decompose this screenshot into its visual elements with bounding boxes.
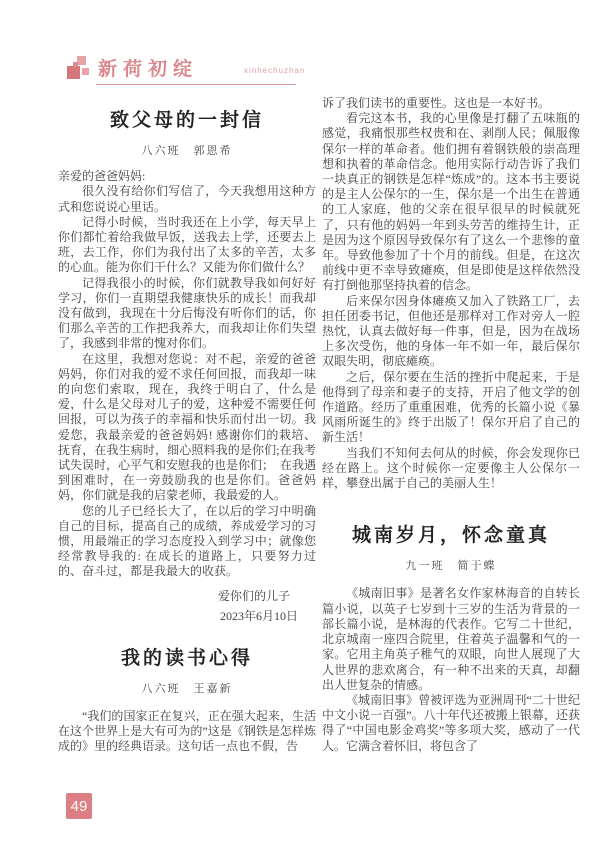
logo-square-icon <box>77 56 86 65</box>
brand-logo-icon <box>66 56 92 84</box>
article2-paragraph: “我们的国家正在复兴，正在强大起来，生活在这个世界上是大有可为的”这是《钢铁是怎… <box>58 709 316 755</box>
article1-greeting: 亲爱的爸爸妈妈: <box>58 169 316 184</box>
article2-continuation-paragraph: 后来保尔因身体瘫痪又加入了铁路工厂，去担任团委书记，但他还是那样对工作对旁人一腔… <box>322 294 580 370</box>
brand-title: 新荷初绽 <box>98 54 198 81</box>
article3-byline: 九一班 简于蝶 <box>322 559 580 574</box>
magazine-page: 新荷初绽 xinhechuzhan 致父母的一封信 八六班 郭恩希 亲爱的爸爸妈… <box>0 0 600 848</box>
article1-paragraph: 记得我很小的时候，你们就教导我如何好好学习，你们一直期望我健康快乐的成长！而我却… <box>58 276 316 352</box>
article1-title: 致父母的一封信 <box>58 108 316 134</box>
article2-continuation-paragraph: 当我们不知何去何从的时候，你会发现你已经在路上。这个时候你一定要像主人公保尔一样… <box>322 446 580 492</box>
article2-title: 我的读书心得 <box>58 646 316 672</box>
article3-title: 城南岁月，怀念童真 <box>322 523 580 549</box>
header-divider <box>96 84 296 85</box>
article1-byline: 八六班 郭恩希 <box>58 144 316 159</box>
article1-paragraph: 您的儿子已经长大了，在以后的学习中明确自己的目标，提高自己的成绩，养成爱学习的习… <box>58 504 316 580</box>
left-column: 致父母的一封信 八六班 郭恩希 亲爱的爸爸妈妈: 很久没有给你们写信了，今天我想… <box>58 96 316 755</box>
right-column: 诉了我们读书的重要性。这也是一本好书。 看完这本书，我的心里像是打翻了五味瓶的感… <box>322 96 580 754</box>
brand-subtitle: xinhechuzhan <box>244 66 305 75</box>
logo-square-icon <box>67 66 80 79</box>
article3-paragraph: 《城南旧事》是著名女作家林海音的自转长篇小说，以英子七岁到十三岁的生活为背景的一… <box>322 586 580 692</box>
article1-signoff: 爱你们的儿子 <box>58 586 316 606</box>
logo-square-icon <box>73 62 78 67</box>
article1-paragraph: 记得小时候，当时我还在上小学，每天早上你们都忙着给我做早饭，送我去上学，还要去上… <box>58 215 316 276</box>
page-number-badge: 49 <box>66 793 92 819</box>
article2-continuation-paragraph: 看完这本书，我的心里像是打翻了五味瓶的感觉，我痛恨那些权贵和在、剥削人民；佩服像… <box>322 111 580 293</box>
logo-square-icon <box>82 68 89 75</box>
article1-date: 2023年6月10日 <box>58 606 316 626</box>
page-header: 新荷初绽 xinhechuzhan <box>66 52 536 92</box>
article1-paragraph: 在这里，我想对您说：对不起，亲爱的爸爸妈妈，你们对我的爱不求任何回报，而我却一味… <box>58 352 316 504</box>
article2-continuation-paragraph: 诉了我们读书的重要性。这也是一本好书。 <box>322 96 580 111</box>
article2-continuation-paragraph: 之后，保尔要在生活的挫折中爬起来，于是他得到了母亲和妻子的支持，开启了他文学的创… <box>322 370 580 446</box>
article1-paragraph: 很久没有给你们写信了，今天我想用这种方式和您说说心里话。 <box>58 184 316 214</box>
article1-signature-block: 爱你们的儿子 2023年6月10日 <box>58 586 316 626</box>
article3-paragraph: 《城南旧事》曾被评选为亚洲周刊“二十世纪中文小说一百强”。八十年代还被搬上银幕，… <box>322 693 580 754</box>
article2-byline: 八六班 王嘉新 <box>58 682 316 697</box>
